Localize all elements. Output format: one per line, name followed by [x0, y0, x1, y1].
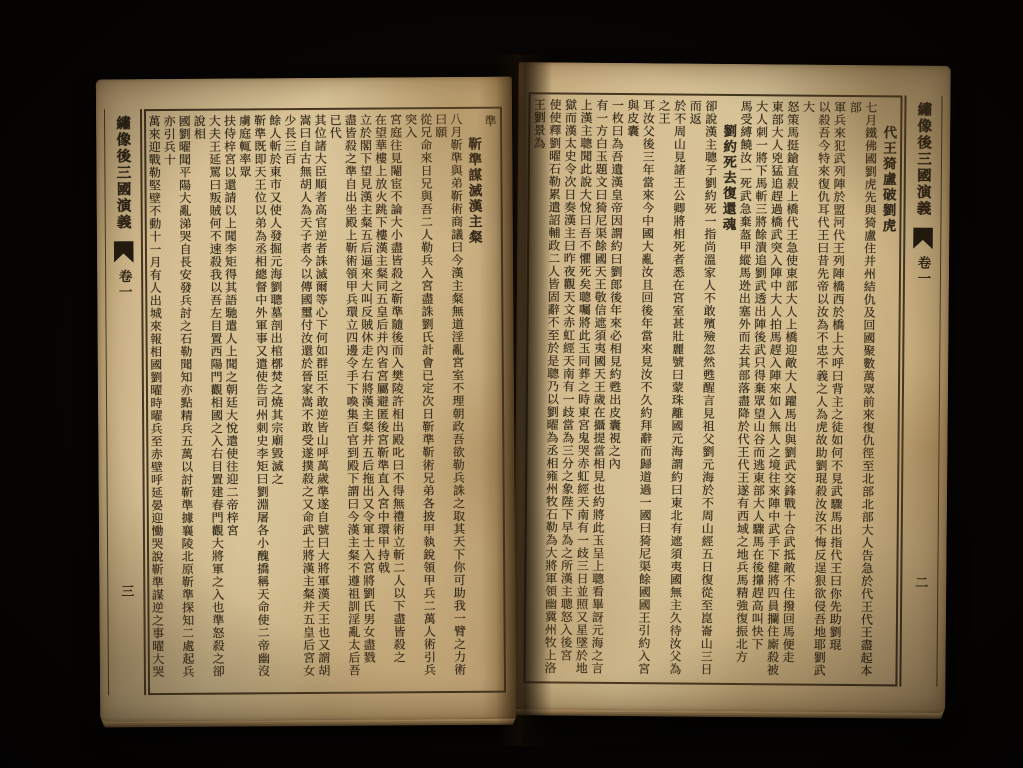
- text-column: 準: [482, 113, 501, 687]
- left-page-number: 三: [116, 584, 135, 599]
- text-column: 國劉曜聞平陽大亂涕哭自長安發兵討之石勒聞知亦點精兵五萬以討靳準據襄陵北原靳準探知…: [161, 115, 195, 689]
- text-column: 使使釋劉曜石勒累遣詔輔政二人皆固辭不至於是聰乃以劉曜為丞相雍州牧石勒為大將軍領幽…: [528, 98, 562, 677]
- text-column: 大夫王延罵曰叛賊何不速殺我以吾左目置西陽門觀相國之入右目置建春門觀大將軍之入也準…: [191, 115, 225, 689]
- text-column: 七月鐵佛國劉虎先與猗盧住并州結仇及回國聚數萬眾前來復仇徑至北部北部大人告急於代王…: [842, 101, 878, 680]
- book-title-label: 繡像後三國演義: [112, 115, 134, 231]
- left-page-frame: 準靳準謀滅漢主粲八月靳準與弟靳術商議曰今漢主粲無道淫亂宮室不理朝政吾欲勒兵誅之取…: [144, 107, 506, 695]
- text-column: 靳準既即天王位以弟為丞相總督中外軍事又遣使告司州刺史李矩曰劉淵屠各小醜撟稱天命使…: [236, 114, 270, 688]
- right-margin-strip: 繡像後三國演義 卷一 二: [899, 95, 942, 686]
- margin-spacer: [124, 300, 126, 584]
- text-column: 盡皆殺之準自出坐殿上靳術領甲兵環立四邊令手下喚集百官到殿下謂曰今漢主粲不遵祖訓淫…: [327, 114, 361, 688]
- left-page-text-columns: 準靳準謀滅漢主粲八月靳準與弟靳術商議曰今漢主粲無道淫亂宮室不理朝政吾欲勒兵誅之取…: [149, 113, 501, 689]
- volume-label: 卷一: [114, 269, 134, 300]
- fishtail-icon: [113, 241, 133, 263]
- right-page-frame: 代王猗盧破劉虎七月鐵佛國劉虎先與猗盧住并州結仇及回國聚數萬眾前來復仇徑至北部北部…: [523, 92, 902, 686]
- text-column: 八月靳準與弟靳術商議曰今漢主粲無道淫亂宮室不理朝政吾欲勒兵誅之取其天下你可助我一…: [433, 113, 467, 687]
- left-margin-strip: 繡像後三國演義 卷一 三: [104, 109, 146, 695]
- chapter-title-column: 代王猗盧破劉虎: [875, 101, 896, 680]
- book-title-label: 繡像後三國演義: [912, 102, 934, 218]
- volume-label: 卷一: [912, 255, 932, 286]
- margin-spacer: [920, 286, 923, 575]
- left-page: 準靳準謀滅漢主粲八月靳準與弟靳術商議曰今漢主粲無道淫亂宮室不理朝政吾欲勒兵誅之取…: [96, 77, 516, 722]
- text-column: 以殺吾今特來復仇耳代王曰昔先帝以汝為不忠不義之人為虎故助劉琨殺汝汝不悔反逞狠欲侵…: [795, 101, 831, 680]
- right-page-number: 二: [910, 576, 929, 591]
- chapter-title-column: 靳準謀滅漢主粲: [465, 113, 484, 687]
- right-page: 代王猗盧破劉虎七月鐵佛國劉虎先與猗盧住并州結仇及回國聚數萬眾前來復仇徑至北部北部…: [513, 62, 951, 713]
- right-page-text-columns: 代王猗盧破劉虎七月鐵佛國劉虎先與猗盧住并州結仇及回國聚數萬眾前來復仇徑至北部北部…: [528, 98, 897, 680]
- text-column: 卻說漢主聰子劉約死一指尚溫家人不敢殯殮忽然甦醒言見祖父劉元海於不周山經五日復從至…: [682, 100, 718, 679]
- fishtail-icon: [913, 227, 933, 249]
- text-column: 於不周山見諸王公卿將相死者悉在宮室甚壯麗號曰蒙珠離國元海謂約曰東北有遮須夷國無主…: [651, 99, 687, 678]
- book-photo: 代王猗盧破劉虎七月鐵佛國劉虎先與猗盧住并州結仇及回國聚數萬眾前來復仇徑至北部北部…: [92, 54, 956, 746]
- text-column: 從兄命來日兄與吾二人勒兵入宮盡誅劉氏計會已定次日靳準靳術兄弟各披甲執銳領甲兵二萬…: [402, 113, 436, 687]
- text-column: 耳汝父後三年當來今中國大亂汝且回後年當來見汝不久約拜辭而歸道過一國曰猗尼渠餘國國…: [619, 99, 655, 678]
- text-column: 嵩曰自古無胡人為天子者今以傳國璽付汝還於晉家嵩不敢受遂撲殺之又命武士將漢主粲并五…: [282, 114, 316, 688]
